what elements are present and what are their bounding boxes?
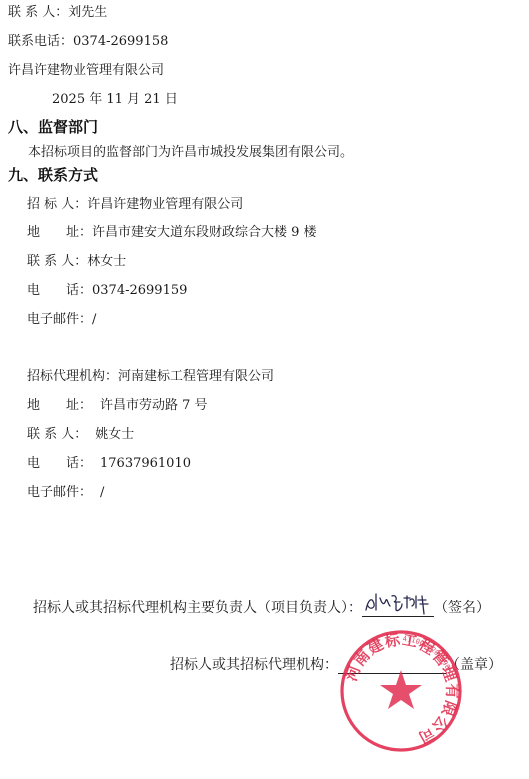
company-seal-stamp-icon: 河南建标工程管理有限公司 4110020208890 (338, 628, 464, 754)
agency-address-value: 许昌市劳动路 7 号 (100, 398, 208, 413)
section8-body: 本招标项目的监督部门为许昌市城投发展集团有限公司。 (28, 145, 353, 161)
agency-address-label-b: 址： (66, 398, 92, 413)
agency-phone-label-a: 电 (27, 456, 66, 472)
section9-title: 九、联系方式 (8, 166, 98, 184)
phone-label: 联系电话： (8, 34, 73, 49)
tenderer-email-row: 电子邮件：/ (27, 312, 96, 328)
tenderer-phone-label-a: 电 (27, 283, 66, 299)
handwritten-signature-icon (362, 590, 434, 616)
tenderer-address-row: 地址：许昌市建安大道东段财政综合大楼 9 楼 (27, 225, 317, 241)
tenderer-contact-row: 联 系 人：林女士 (27, 254, 126, 270)
tenderer-name-value: 许昌许建物业管理有限公司 (87, 197, 243, 212)
contact-value: 刘先生 (68, 5, 107, 20)
stamp-star-icon (380, 670, 422, 709)
agency-contact-label: 联 系 人： (27, 427, 87, 442)
tenderer-address-label-b: 址： (66, 225, 92, 240)
top-contact-row: 联 系 人：刘先生 (8, 5, 107, 21)
agency-email-value: / (100, 485, 104, 500)
agency-contact-value: 姚女士 (95, 427, 134, 442)
agency-email-label: 电子邮件： (27, 485, 92, 500)
responsible-signature-row: 招标人或其招标代理机构主要负责人（项目负责人）： （签名） (33, 598, 490, 617)
phone-value: 0374-2699158 (73, 34, 168, 49)
tenderer-name-label: 招 标 人： (27, 197, 87, 212)
agency-contact-row: 联 系 人：姚女士 (27, 427, 134, 443)
responsible-label: 招标人或其招标代理机构主要负责人（项目负责人）： (33, 600, 362, 616)
contact-label: 联 系 人： (8, 5, 68, 20)
agency-name-value: 河南建标工程管理有限公司 (118, 369, 274, 384)
agency-phone-row: 电话：17637961010 (27, 456, 191, 472)
agency-name-row: 招标代理机构：河南建标工程管理有限公司 (27, 369, 274, 385)
tenderer-phone-label-b: 话： (66, 283, 92, 298)
agency-address-row: 地址：许昌市劳动路 7 号 (27, 398, 208, 414)
top-company: 许昌许建物业管理有限公司 (8, 63, 164, 79)
tenderer-name-row: 招 标 人：许昌许建物业管理有限公司 (27, 197, 243, 213)
tenderer-contact-value: 林女士 (87, 254, 126, 269)
section8-title: 八、监督部门 (8, 118, 98, 136)
tenderer-phone-value: 0374-2699159 (92, 283, 187, 298)
tenderer-address-label-a: 地 (27, 225, 66, 241)
agency-address-label-a: 地 (27, 398, 66, 414)
agency-name-label: 招标代理机构： (27, 369, 118, 384)
tenderer-email-value: / (92, 312, 96, 327)
agency-phone-value: 17637961010 (100, 456, 191, 471)
tenderer-phone-row: 电话：0374-2699159 (27, 283, 187, 299)
top-phone-row: 联系电话：0374-2699158 (8, 34, 168, 50)
top-date: 2025 年 11 月 21 日 (52, 92, 178, 108)
tenderer-contact-label: 联 系 人： (27, 254, 87, 269)
signature-field (362, 598, 434, 617)
agency-phone-label-b: 话： (66, 456, 92, 471)
agency-email-row: 电子邮件：/ (27, 485, 104, 501)
tenderer-email-label: 电子邮件： (27, 312, 92, 327)
seal-label: 招标人或其招标代理机构： (170, 657, 338, 673)
tenderer-address-value: 许昌市建安大道东段财政综合大楼 9 楼 (92, 225, 317, 240)
responsible-suffix: （签名） (434, 600, 490, 616)
